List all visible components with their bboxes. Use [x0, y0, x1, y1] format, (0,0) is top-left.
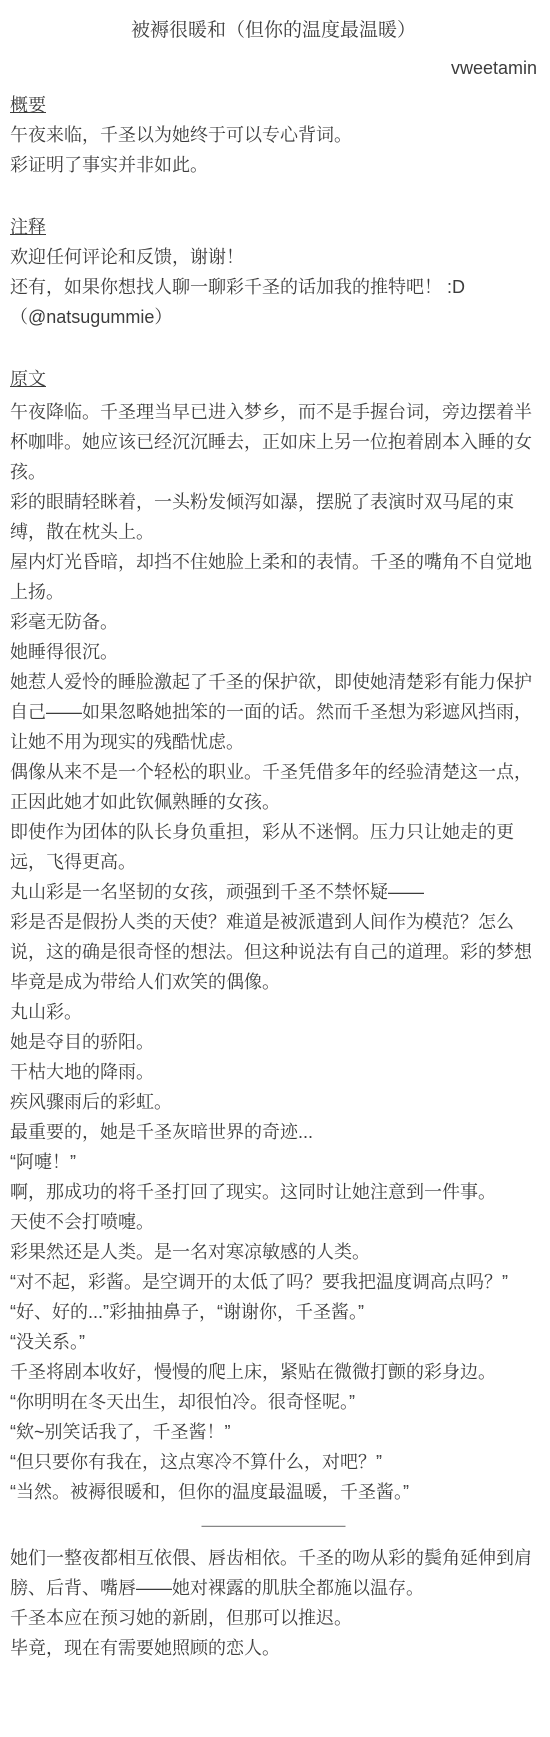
story-paragraph: 干枯大地的降雨。 [10, 1057, 537, 1087]
notes-heading: 注释 [10, 212, 537, 242]
notes-line: 欢迎任何评论和反馈，谢谢！ [10, 242, 537, 272]
summary-section: 概要 午夜来临，千圣以为她终于可以专心背词。彩证明了事实并非如此。 [10, 90, 537, 180]
story-paragraph: 即使作为团体的队长身负重担，彩从不迷惘。压力只让她走的更远，飞得更高。 [10, 817, 537, 877]
story-paragraph: 彩果然还是人类。是一名对寒凉敏感的人类。 [10, 1237, 537, 1267]
story-paragraph: “但只要你有我在，这点寒冷不算什么，对吧？” [10, 1447, 537, 1477]
section-divider: ———————— [10, 1510, 537, 1540]
notes-line: 还有，如果你想找人聊一聊彩千圣的话加我的推特吧！ :D [10, 272, 537, 302]
story-paragraph: “阿嚏！” [10, 1147, 537, 1177]
story-paragraph: 她睡得很沉。 [10, 637, 537, 667]
story-paragraph: 屋内灯光昏暗，却挡不住她脸上柔和的表情。千圣的嘴角不自觉地上扬。 [10, 547, 537, 607]
story-paragraph: 她惹人爱怜的睡脸激起了千圣的保护欲，即使她清楚彩有能力保护自己——如果忽略她拙笨… [10, 667, 537, 757]
story-paragraph: 彩的眼睛轻眯着，一头粉发倾泻如瀑，摆脱了表演时双马尾的束缚，散在枕头上。 [10, 487, 537, 547]
summary-line: 午夜来临，千圣以为她终于可以专心背词。 [10, 120, 537, 150]
notes-lines: 欢迎任何评论和反馈，谢谢！还有，如果你想找人聊一聊彩千圣的话加我的推特吧！ :D… [10, 242, 537, 332]
story-paragraph: 啊，那成功的将千圣打回了现实。这同时让她注意到一件事。 [10, 1177, 537, 1207]
story-paragraph: “对不起，彩酱。是空调开的太低了吗？要我把温度调高点吗？” [10, 1267, 537, 1297]
story-paragraph: 她是夺目的骄阳。 [10, 1027, 537, 1057]
story-paragraph: 千圣本应在预习她的新剧，但那可以推迟。 [10, 1603, 537, 1633]
story-paragraph: 彩毫无防备。 [10, 607, 537, 637]
story-paragraphs-after-divider: 她们一整夜都相互依偎、唇齿相依。千圣的吻从彩的鬓角延伸到肩膀、后背、嘴唇——她对… [10, 1543, 537, 1663]
story-paragraph: 毕竟，现在有需要她照顾的恋人。 [10, 1633, 537, 1663]
main-text-section: 原文 午夜降临。千圣理当早已进入梦乡，而不是手握台词，旁边摆着半杯咖啡。她应该已… [10, 364, 537, 1663]
story-paragraph: 丸山彩。 [10, 997, 537, 1027]
story-paragraph: 千圣将剧本收好，慢慢的爬上床，紧贴在微微打颤的彩身边。 [10, 1357, 537, 1387]
story-paragraph: 疾风骤雨后的彩虹。 [10, 1087, 537, 1117]
story-paragraph: 偶像从来不是一个轻松的职业。千圣凭借多年的经验清楚这一点，正因此她才如此钦佩熟睡… [10, 757, 537, 817]
story-paragraph: “你明明在冬天出生，却很怕冷。很奇怪呢。” [10, 1387, 537, 1417]
story-paragraph: 天使不会打喷嚏。 [10, 1207, 537, 1237]
story-paragraphs: 午夜降临。千圣理当早已进入梦乡，而不是手握台词，旁边摆着半杯咖啡。她应该已经沉沉… [10, 397, 537, 1507]
summary-line: 彩证明了事实并非如此。 [10, 150, 537, 180]
story-paragraph: 彩是否是假扮人类的天使？难道是被派遣到人间作为模范？怎么说，这的确是很奇怪的想法… [10, 907, 537, 997]
notes-section: 注释 欢迎任何评论和反馈，谢谢！还有，如果你想找人聊一聊彩千圣的话加我的推特吧！… [10, 212, 537, 332]
summary-lines: 午夜来临，千圣以为她终于可以专心背词。彩证明了事实并非如此。 [10, 120, 537, 180]
story-paragraph: “当然。被褥很暖和，但你的温度最温暖，千圣酱。” [10, 1477, 537, 1507]
story-paragraph: “好、好的...”彩抽抽鼻子，“谢谢你，千圣酱。” [10, 1297, 537, 1327]
document-page: 被褥很暖和（但你的温度最温暖） vweetamin 概要 午夜来临，千圣以为她终… [0, 0, 550, 1737]
story-paragraph: “没关系。” [10, 1327, 537, 1357]
story-paragraph: “欸~别笑话我了，千圣酱！” [10, 1417, 537, 1447]
story-paragraph: 午夜降临。千圣理当早已进入梦乡，而不是手握台词，旁边摆着半杯咖啡。她应该已经沉沉… [10, 397, 537, 487]
main-text-heading: 原文 [10, 364, 537, 394]
summary-heading: 概要 [10, 90, 537, 120]
author-name: vweetamin [10, 53, 537, 83]
story-paragraph: 丸山彩是一名坚韧的女孩，顽强到千圣不禁怀疑—— [10, 877, 537, 907]
story-title: 被褥很暖和（但你的温度最温暖） [10, 16, 537, 46]
story-paragraph: 她们一整夜都相互依偎、唇齿相依。千圣的吻从彩的鬓角延伸到肩膀、后背、嘴唇——她对… [10, 1543, 537, 1603]
notes-line: （@natsugummie） [10, 302, 537, 332]
story-paragraph: 最重要的，她是千圣灰暗世界的奇迹... [10, 1117, 537, 1147]
